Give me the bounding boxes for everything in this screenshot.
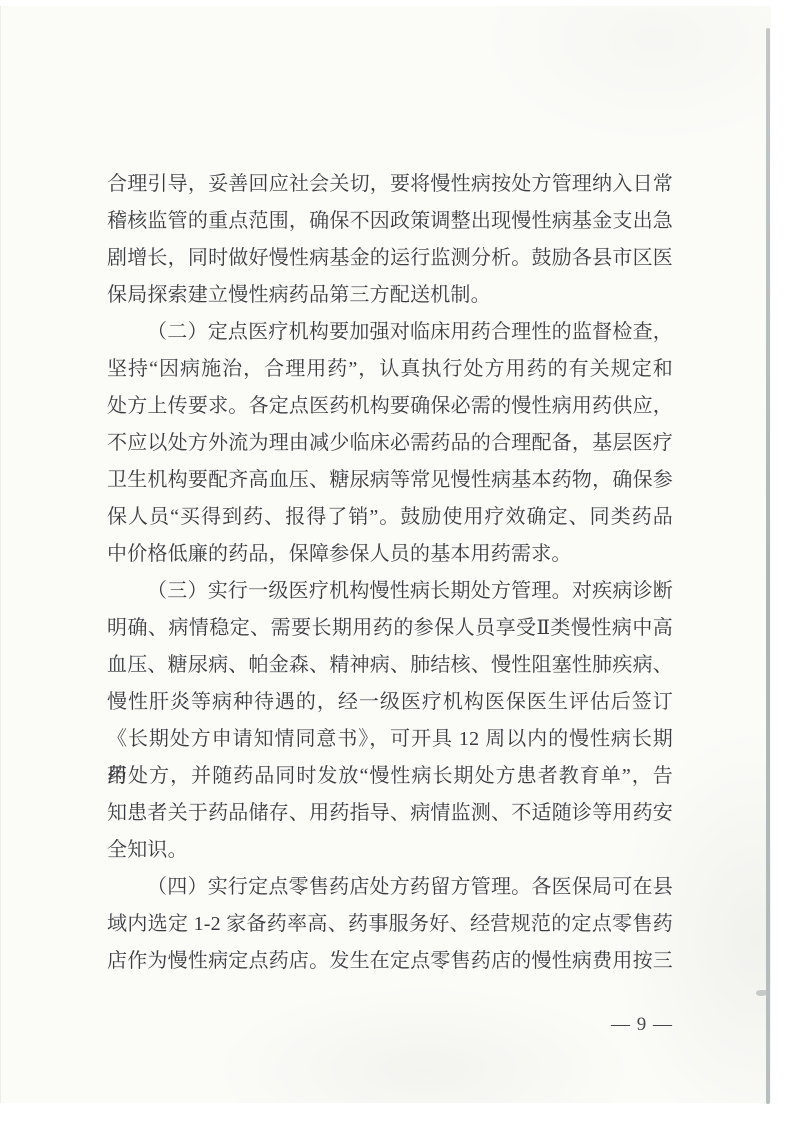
text-line: 中价格低廉的药品，保障参保人员的基本用药需求。 — [107, 536, 673, 573]
text-line: （二）定点医疗机构要加强对临床用药合理性的监督检查， — [107, 314, 673, 351]
text-line: 卫生机构要配齐高血压、糖尿病等常见慢性病基本药物，确保参 — [107, 462, 673, 499]
text-line: 血压、糖尿病、帕金森、精神病、肺结核、慢性阻塞性肺疾病、 — [107, 647, 673, 684]
text-line: 稽核监管的重点范围，确保不因政策调整出现慢性病基金支出急 — [107, 203, 673, 240]
text-line: 店作为慢性病定点药店。发生在定点零售药店的慢性病费用按三 — [107, 943, 673, 980]
text-line: 处方上传要求。各定点医药机构要确保必需的慢性病用药供应， — [107, 388, 673, 425]
paragraph-3: （三）实行一级医疗机构慢性病长期处方管理。对疾病诊断 明确、病情稳定、需要长期用… — [107, 573, 673, 869]
paragraph-1: 合理引导，妥善回应社会关切，要将慢性病按处方管理纳入日常 稽核监管的重点范围，确… — [107, 166, 673, 314]
paragraph-2: （二）定点医疗机构要加强对临床用药合理性的监督检查， 坚持“因病施治，合理用药”… — [107, 314, 673, 573]
text-line: 坚持“因病施治，合理用药”，认真执行处方用药的有关规定和 — [107, 351, 673, 388]
document-body: 合理引导，妥善回应社会关切，要将慢性病按处方管理纳入日常 稽核监管的重点范围，确… — [107, 166, 673, 980]
text-line: 合理引导，妥善回应社会关切，要将慢性病按处方管理纳入日常 — [107, 166, 673, 203]
text-line: 药处方，并随药品同时发放“慢性病长期处方患者教育单”，告 — [107, 758, 673, 795]
text-line: 不应以处方外流为理由减少临床必需药品的合理配备，基层医疗 — [107, 425, 673, 462]
text-line: 知患者关于药品储存、用药指导、病情监测、不适随诊等用药安 — [107, 795, 673, 832]
text-line: 保人员“买得到药、报得了销”。鼓励使用疗效确定、同类药品 — [107, 499, 673, 536]
paper-edge-shadow — [766, 28, 770, 1104]
text-line: 明确、病情稳定、需要长期用药的参保人员享受Ⅱ类慢性病中高 — [107, 610, 673, 647]
scanned-page: 合理引导，妥善回应社会关切，要将慢性病按处方管理纳入日常 稽核监管的重点范围，确… — [0, 6, 771, 1103]
text-line: 慢性肝炎等病种待遇的，经一级医疗机构医保医生评估后签订 — [107, 684, 673, 721]
text-line: 《长期处方申请知情同意书》，可开具 12 周以内的慢性病长期用 — [107, 721, 673, 758]
text-line: 保局探索建立慢性病药品第三方配送机制。 — [107, 277, 673, 314]
paragraph-4: （四）实行定点零售药店处方药留方管理。各医保局可在县 域内选定 1-2 家备药率… — [107, 869, 673, 980]
text-line: （四）实行定点零售药店处方药留方管理。各医保局可在县 — [107, 869, 673, 906]
text-line: （三）实行一级医疗机构慢性病长期处方管理。对疾病诊断 — [107, 573, 673, 610]
text-line: 域内选定 1-2 家备药率高、药事服务好、经营规范的定点零售药 — [107, 906, 673, 943]
text-line: 全知识。 — [107, 832, 673, 869]
text-line: 剧增长，同时做好慢性病基金的运行监测分析。鼓励各县市区医 — [107, 240, 673, 277]
page-number: — 9 — — [1, 1014, 673, 1036]
